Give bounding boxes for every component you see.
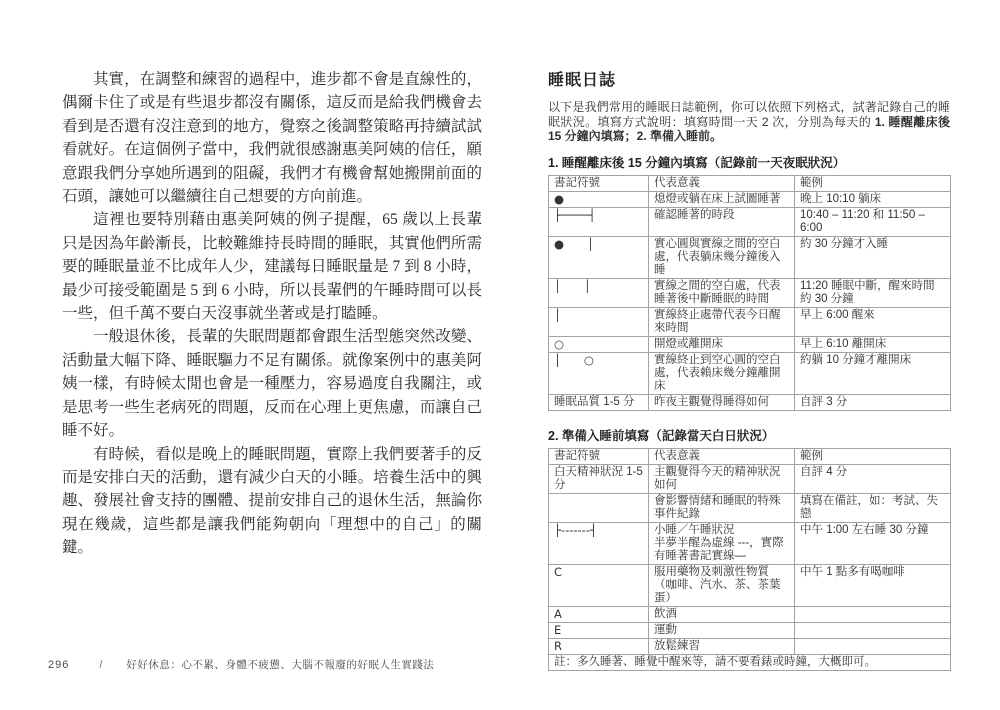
paragraph-4: 有時候，看似是晚上的睡眠問題，實際上我們要著手的反而是安排白天的活動，還有減少白… xyxy=(62,443,482,560)
example-cell: 11:20 睡眠中斷，醒來時間約 30 分鐘 xyxy=(795,278,951,307)
footer-separator: / xyxy=(99,659,102,671)
header-symbol: 書記符號 xyxy=(549,175,649,191)
symbol-cell-dashed-interval-icon: ├-------┤ xyxy=(549,522,649,564)
example-cell: 約躺 10 分鐘才離開床 xyxy=(795,352,951,394)
table-row: ● │ 實心圓與實線之間的空白處，代表躺床幾分鐘後入睡 約 30 分鐘才入睡 xyxy=(549,236,951,278)
section-title: 睡眠日誌 xyxy=(548,72,950,90)
book-title: 好好休息：心不累、身體不疲憊、大腦不報廢的好眠人生實踐法 xyxy=(126,659,434,671)
meaning-cell: 主觀覺得今天的精神狀況如何 xyxy=(649,464,795,493)
meaning-cell: 昨夜主觀覺得睡得如何 xyxy=(649,394,795,410)
table-header-row: 書記符號 代表意義 範例 xyxy=(549,175,951,191)
symbol-cell-letter-e: E xyxy=(549,622,649,638)
symbol-cell-interval-icon: ├────┤ xyxy=(549,207,649,236)
example-cell: 自評 4 分 xyxy=(795,464,951,493)
table-row: E 運動 xyxy=(549,622,951,638)
table-row: │ ○ 實線終止到空心圓的空白處，代表賴床幾分鐘離開床 約躺 10 分鐘才離開床 xyxy=(549,352,951,394)
sleep-diary-column: 睡眠日誌 以下是我們常用的睡眠日誌範例，你可以依照下列格式，試著記錄自己的睡眠狀… xyxy=(548,72,950,671)
example-cell: 約 30 分鐘才入睡 xyxy=(795,236,951,278)
meaning-cell: 熄燈或躺在床上試圖睡著 xyxy=(649,191,795,207)
meaning-cell: 開燈或離開床 xyxy=(649,336,795,352)
example-cell: 晚上 10:10 躺床 xyxy=(795,191,951,207)
header-meaning: 代表意義 xyxy=(649,448,795,464)
example-cell: 早上 6:10 離開床 xyxy=(795,336,951,352)
table-row: R 放鬆練習 xyxy=(549,638,951,654)
meaning-cell: 實線終止處帶代表今日醒來時間 xyxy=(649,307,795,336)
table-row: ○ 開燈或離開床 早上 6:10 離開床 xyxy=(549,336,951,352)
table-row: C 服用藥物及刺激性物質（咖啡、汽水、茶、茶葉蛋） 中午 1 點多有喝咖啡 xyxy=(549,564,951,606)
header-example: 範例 xyxy=(795,175,951,191)
symbol-cell-filled-circle-icon: ● xyxy=(549,191,649,207)
paragraph-3: 一般退休後，長輩的失眠問題都會跟生活型態突然改變、活動量大幅下降、睡眠驅力不足有… xyxy=(62,325,482,442)
intro-text: 以下是我們常用的睡眠日誌範例，你可以依照下列格式，試著記錄自己的睡眠狀況。填寫方… xyxy=(548,100,950,144)
example-cell: 自評 3 分 xyxy=(795,394,951,410)
meaning-cell: 飲酒 xyxy=(649,606,795,622)
table-row: 會影響情緒和睡眠的特殊事件紀錄 填寫在備註，如：考試、失戀 xyxy=(549,493,951,522)
example-cell xyxy=(795,622,951,638)
meaning-cell: 會影響情緒和睡眠的特殊事件紀錄 xyxy=(649,493,795,522)
body-text-column: 其實，在調整和練習的過程中，進步都不會是直線性的，偶爾卡住了或是有些退步都沒有關… xyxy=(62,68,482,560)
table1-caption: 1. 睡醒離床後 15 分鐘內填寫（記錄前一天夜眠狀況） xyxy=(548,156,950,171)
sleep-diary-table-evening: 書記符號 代表意義 範例 白天精神狀況 1-5 分 主觀覺得今天的精神狀況如何 … xyxy=(548,448,951,671)
meaning-cell: 實線之間的空白處，代表睡著後中斷睡眠的時間 xyxy=(649,278,795,307)
meaning-cell: 確認睡著的時段 xyxy=(649,207,795,236)
symbol-cell-circle-gap-line-icon: ● │ xyxy=(549,236,649,278)
meaning-cell: 實線終止到空心圓的空白處，代表賴床幾分鐘離開床 xyxy=(649,352,795,394)
example-cell: 早上 6:00 醒來 xyxy=(795,307,951,336)
symbol-cell-line-gap-line-icon: │ │ xyxy=(549,278,649,307)
table-row: 白天精神狀況 1-5 分 主觀覺得今天的精神狀況如何 自評 4 分 xyxy=(549,464,951,493)
meaning-cell: 服用藥物及刺激性物質（咖啡、汽水、茶、茶葉蛋） xyxy=(649,564,795,606)
symbol-cell-letter-c: C xyxy=(549,564,649,606)
paragraph-2: 這裡也要特別藉由惠美阿姨的例子提醒，65 歲以上長輩只是因為年齡漸長，比較難維持… xyxy=(62,208,482,325)
table2-caption: 2. 準備入睡前填寫（記錄當天白日狀況） xyxy=(548,429,950,444)
sleep-diary-table-morning: 書記符號 代表意義 範例 ● 熄燈或躺在床上試圖睡著 晚上 10:10 躺床 ├… xyxy=(548,175,951,411)
table-row: A 飲酒 xyxy=(549,606,951,622)
table-note-row: 註：多久睡著、睡覺中醒來等，請不要看錶或時鐘，大概即可。 xyxy=(549,654,951,670)
table-row: ● 熄燈或躺在床上試圖睡著 晚上 10:10 躺床 xyxy=(549,191,951,207)
table-header-row: 書記符號 代表意義 範例 xyxy=(549,448,951,464)
symbol-cell-empty xyxy=(549,493,649,522)
example-cell xyxy=(795,606,951,622)
meaning-cell: 放鬆練習 xyxy=(649,638,795,654)
table-note: 註：多久睡著、睡覺中醒來等，請不要看錶或時鐘，大概即可。 xyxy=(549,654,951,670)
symbol-cell-line-end-icon: │ xyxy=(549,307,649,336)
example-cell xyxy=(795,638,951,654)
symbol-cell-line-open-circle-icon: │ ○ xyxy=(549,352,649,394)
table-row: ├────┤ 確認睡著的時段 10:40 – 11:20 和 11:50 – 6… xyxy=(549,207,951,236)
meaning-cell: 運動 xyxy=(649,622,795,638)
page-footer: 296/好好休息：心不累、身體不疲憊、大腦不報廢的好眠人生實踐法 xyxy=(48,658,434,672)
header-symbol: 書記符號 xyxy=(549,448,649,464)
symbol-cell-sleep-quality: 睡眠品質 1-5 分 xyxy=(549,394,649,410)
symbol-cell-letter-r: R xyxy=(549,638,649,654)
meaning-cell: 小睡／午睡狀況 半夢半醒為虛線 ---，實際有睡著書記實線— xyxy=(649,522,795,564)
table-row: │ │ 實線之間的空白處，代表睡著後中斷睡眠的時間 11:20 睡眠中斷，醒來時… xyxy=(549,278,951,307)
table-row: ├-------┤ 小睡／午睡狀況 半夢半醒為虛線 ---，實際有睡著書記實線—… xyxy=(549,522,951,564)
page-number: 296 xyxy=(48,659,69,671)
example-cell: 填寫在備註，如：考試、失戀 xyxy=(795,493,951,522)
example-cell: 中午 1 點多有喝咖啡 xyxy=(795,564,951,606)
paragraph-1: 其實，在調整和練習的過程中，進步都不會是直線性的，偶爾卡住了或是有些退步都沒有關… xyxy=(62,68,482,208)
table-row: │ 實線終止處帶代表今日醒來時間 早上 6:00 醒來 xyxy=(549,307,951,336)
symbol-cell-open-circle-icon: ○ xyxy=(549,336,649,352)
example-cell: 10:40 – 11:20 和 11:50 – 6:00 xyxy=(795,207,951,236)
example-cell: 中午 1:00 左右睡 30 分鐘 xyxy=(795,522,951,564)
book-page: 其實，在調整和練習的過程中，進步都不會是直線性的，偶爾卡住了或是有些退步都沒有關… xyxy=(0,0,1000,710)
symbol-cell-daytime-energy: 白天精神狀況 1-5 分 xyxy=(549,464,649,493)
symbol-cell-letter-a: A xyxy=(549,606,649,622)
header-meaning: 代表意義 xyxy=(649,175,795,191)
header-example: 範例 xyxy=(795,448,951,464)
meaning-cell: 實心圓與實線之間的空白處，代表躺床幾分鐘後入睡 xyxy=(649,236,795,278)
table-row: 睡眠品質 1-5 分 昨夜主觀覺得睡得如何 自評 3 分 xyxy=(549,394,951,410)
